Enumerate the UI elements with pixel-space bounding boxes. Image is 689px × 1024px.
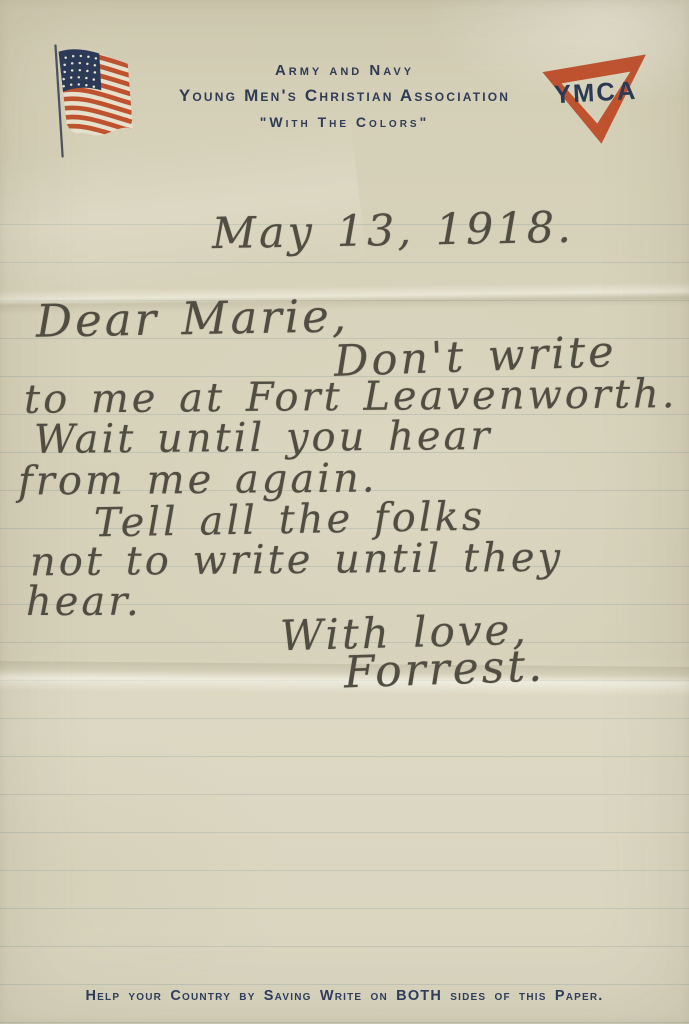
letter-sheet: Army and Navy Young Men's Christian Asso… — [0, 0, 689, 1024]
letterhead-motto: "With The Colors" — [130, 114, 559, 130]
letter-body-line: hear. — [26, 582, 142, 622]
letter-signature: Forrest. — [343, 645, 545, 696]
us-flag-icon — [28, 42, 140, 160]
letter-body-line: from me again. — [18, 458, 378, 501]
ymca-red-triangle-icon: YMCA — [536, 49, 657, 149]
letter-body-line: not to write until they — [30, 538, 563, 583]
letter-salutation: Dear Marie, — [36, 293, 350, 343]
ymca-logo-text: YMCA — [553, 77, 638, 109]
letterhead-org-line2: Young Men's Christian Association — [130, 86, 559, 106]
letter-body-line: to me at Fort Leavenworth. — [24, 374, 678, 420]
letterhead-text: Army and Navy Young Men's Christian Asso… — [130, 62, 559, 130]
footer-conservation-notice: Help your Country by Saving Write on BOT… — [0, 988, 689, 1004]
letterhead-org-line1: Army and Navy — [130, 62, 559, 79]
letter-date: May 13, 1918. — [212, 207, 574, 256]
letter-body-line: Wait until you hear — [34, 416, 493, 460]
